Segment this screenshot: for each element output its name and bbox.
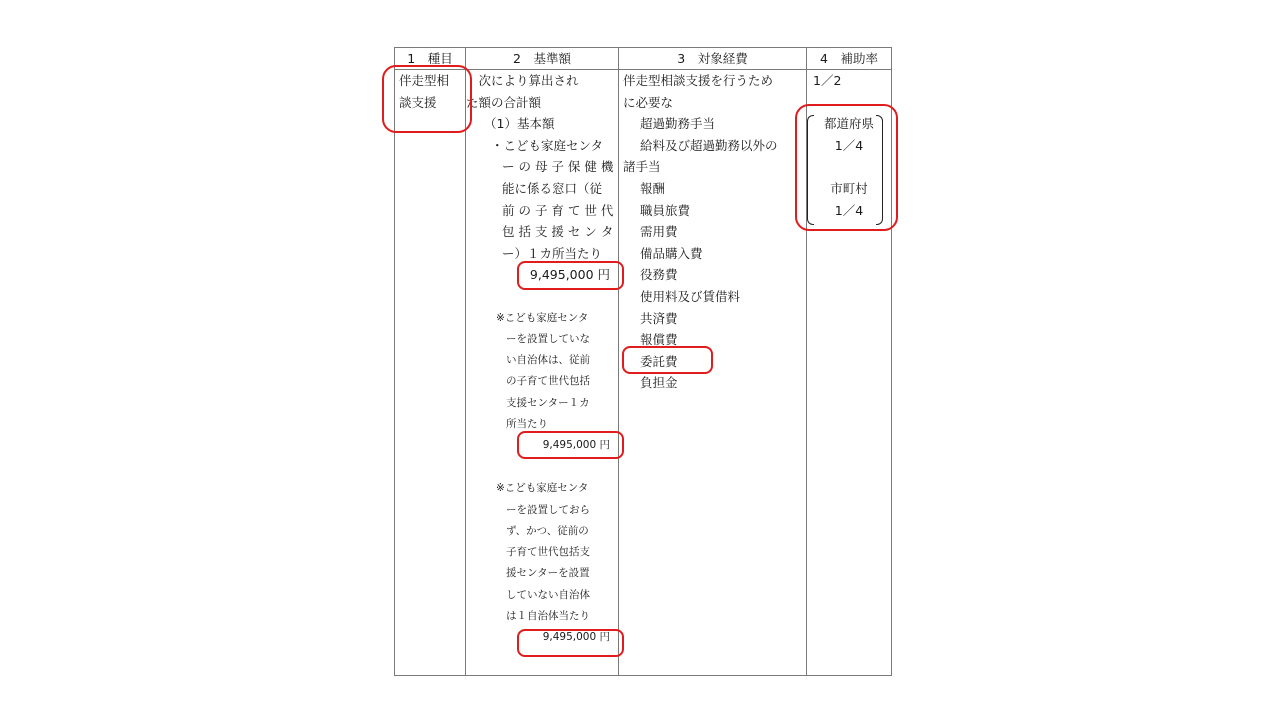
header-row: 1 種目 2 基準額 3 対象経費 4 補助率 [395, 48, 892, 70]
note1-line: い自治体は、従前 [466, 350, 618, 371]
note1-line: 支援センター１カ [466, 393, 618, 414]
basic-line: 能に係る窓口（従 [466, 178, 618, 200]
expense-item: 需用費 [623, 221, 806, 243]
header-standard-amount: 2 基準額 [466, 48, 619, 70]
highlight-amount-basic [517, 261, 624, 290]
expense-item: 給料及び超過勤務以外の [623, 135, 806, 157]
expense-continuation: 諸手当 [623, 156, 806, 178]
highlight-amount-note2 [517, 629, 624, 657]
expense-item: 共済費 [623, 308, 806, 330]
note2-line: は１自治体当たり [466, 606, 618, 627]
note2-line: していない自治体 [466, 585, 618, 606]
highlight-amount-note1 [517, 431, 624, 459]
expense-item: 負担金 [623, 372, 806, 394]
expense-item: 使用料及び賃借料 [623, 286, 806, 308]
expense-item: 職員旅費 [623, 200, 806, 222]
type-cell: 伴走型相 談支援 [395, 70, 466, 676]
expense-item: 備品購入費 [623, 243, 806, 265]
subsidy-rate: 1／2 [807, 70, 891, 92]
header-subsidy-rate: 4 補助率 [807, 48, 892, 70]
note2-line: 子育て世代包括支 [466, 542, 618, 563]
note2-line: ず、かつ、従前の [466, 521, 618, 542]
highlight-expense-commission [622, 346, 713, 374]
highlight-type [382, 65, 472, 133]
note2-line: ーを設置しておら [466, 500, 618, 521]
basic-line: ー の 母 子 保 健 機 [466, 156, 618, 178]
basic-line: 包 括 支 援 セ ン タ [466, 221, 618, 243]
basic-heading: （1）基本額 [466, 113, 618, 135]
basic-line: ・こども家庭センタ [466, 135, 618, 157]
intro-line: 次により算出され [466, 70, 618, 92]
expenses-intro: 伴走型相談支援を行うため [623, 70, 806, 92]
expense-item: 超過勤務手当 [623, 113, 806, 135]
note2-line: ※こども家庭センタ [466, 478, 618, 499]
note2-line: 援センターを設置 [466, 563, 618, 584]
note1-line: ーを設置していな [466, 329, 618, 350]
note1-line: の子育て世代包括 [466, 371, 618, 392]
basic-line: 前 の 子 育 て 世 代 [466, 200, 618, 222]
expense-item: 役務費 [623, 264, 806, 286]
highlight-rate-breakdown [795, 104, 898, 231]
standard-amount-cell: 次により算出され た額の合計額 （1）基本額 ・こども家庭センタ ー の 母 子… [466, 70, 619, 676]
note1-line: ※こども家庭センタ [466, 308, 618, 329]
expenses-intro: に必要な [623, 92, 806, 114]
intro-line: た額の合計額 [466, 92, 618, 114]
header-eligible-expenses: 3 対象経費 [619, 48, 807, 70]
expense-item: 報酬 [623, 178, 806, 200]
